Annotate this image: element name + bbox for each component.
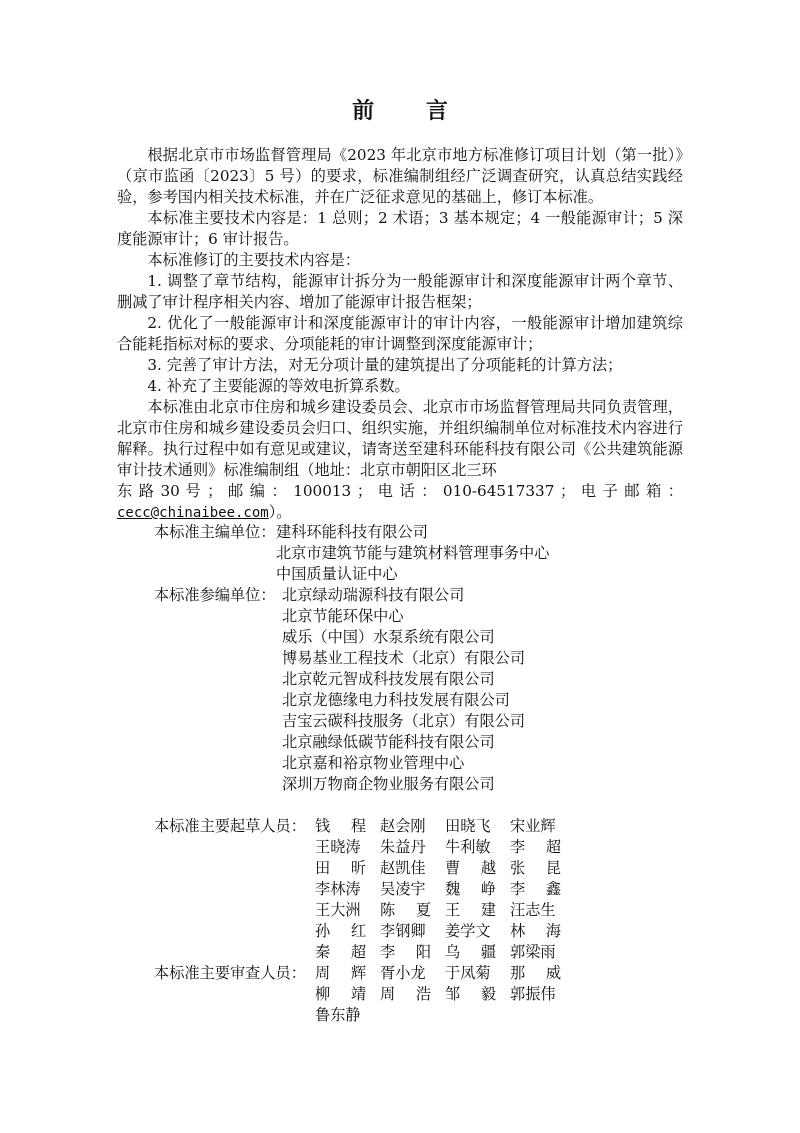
- person-name: 孙红: [315, 921, 380, 942]
- participating-units-label: 本标准参编单位：: [154, 585, 282, 606]
- revision-item-3: 3. 完善了审计方法，对无分项计量的建筑提出了分项能耗的计算方法；: [117, 355, 683, 376]
- drafters-row: 本标准主要起草人员：钱程赵会刚田晓飞宋业辉: [154, 816, 575, 837]
- reviewers-label: 本标准主要审查人员：: [154, 963, 315, 984]
- chief-units-section: 本标准主编单位： 建科环能科技有限公司 北京市建筑节能与建筑材料管理事务中心 中…: [154, 522, 549, 585]
- person-name: 曹越: [445, 858, 510, 879]
- participating-unit-row: 北京乾元智成科技发展有限公司: [154, 669, 525, 690]
- person-name: 姜学文: [445, 921, 510, 942]
- participating-unit: 北京嘉和裕京物业管理中心: [282, 753, 464, 774]
- participating-unit: 北京龙德缘电力科技发展有限公司: [282, 690, 510, 711]
- person-name: 李林涛: [315, 879, 380, 900]
- person-name: 林海: [510, 921, 575, 942]
- person-name: 吴凌宇: [380, 879, 445, 900]
- paragraph-basis: 根据北京市市场监督管理局《2023 年北京市地方标准修订项目计划（第一批）》（京…: [117, 145, 683, 208]
- person-name: 郭振伟: [510, 984, 575, 1005]
- participating-unit-row: 北京龙德缘电力科技发展有限公司: [154, 690, 525, 711]
- participating-unit-row: 北京节能环保中心: [154, 606, 525, 627]
- person-name: 王晓涛: [315, 837, 380, 858]
- person-name: 田昕: [315, 858, 380, 879]
- person-name: 邹毅: [445, 984, 510, 1005]
- person-name: 王建: [445, 900, 510, 921]
- person-name: 张昆: [510, 858, 575, 879]
- chief-unit-row: 本标准主编单位： 建科环能科技有限公司: [154, 522, 549, 543]
- person-name: 于凤菊: [445, 963, 510, 984]
- person-name: 李阳: [380, 942, 445, 963]
- revision-item-1: 1. 调整了章节结构，能源审计拆分为一般能源审计和深度能源审计两个章节、删减了审…: [117, 271, 683, 313]
- drafters-row: 田昕赵凯佳曹越张昆: [154, 858, 575, 879]
- chief-units-label: 本标准主编单位：: [154, 522, 276, 543]
- email-link[interactable]: cecc@chinaibee.com: [117, 505, 269, 521]
- person-name: 李鑫: [510, 879, 575, 900]
- participating-unit: 北京乾元智成科技发展有限公司: [282, 669, 495, 690]
- chief-unit: 中国质量认证中心: [276, 564, 398, 585]
- person-name: 乌疆: [445, 942, 510, 963]
- reviewers-row: 柳靖周浩邹毅郭振伟: [154, 984, 575, 1005]
- revision-item-2: 2. 优化了一般能源审计和深度能源审计的审计内容，一般能源审计增加建筑综合能耗指…: [117, 313, 683, 355]
- person-name: 宋业辉: [510, 816, 575, 837]
- chief-unit-row: 北京市建筑节能与建筑材料管理事务中心: [154, 543, 549, 564]
- document-page: 前 言 根据北京市市场监督管理局《2023 年北京市地方标准修订项目计划（第一批…: [0, 0, 800, 1133]
- chief-unit: 北京市建筑节能与建筑材料管理事务中心: [276, 543, 549, 564]
- closing-punct: ）。: [269, 503, 292, 521]
- paragraph-main-contents: 本标准主要技术内容是：1 总则；2 术语；3 基本规定；4 一般能源审计；5 深…: [117, 208, 683, 250]
- person-name: 周浩: [380, 984, 445, 1005]
- contact-address-line: 东 路 30 号 ； 邮 编 ： 100013 ； 电 话 ： 010-6451…: [117, 481, 683, 502]
- person-name: 魏峥: [445, 879, 510, 900]
- participating-unit: 吉宝云碳科技服务（北京）有限公司: [282, 711, 525, 732]
- person-name: 朱益丹: [380, 837, 445, 858]
- participating-unit-row: 威乐（中国）水泵系统有限公司: [154, 627, 525, 648]
- person-name: 赵会刚: [380, 816, 445, 837]
- page-title: 前 言: [0, 97, 800, 127]
- reviewers-row: 鲁东静: [154, 1005, 575, 1026]
- participating-unit: 北京节能环保中心: [282, 606, 404, 627]
- participating-unit: 威乐（中国）水泵系统有限公司: [282, 627, 495, 648]
- drafters-row: 王晓涛朱益丹牛利敏李超: [154, 837, 575, 858]
- person-name: 李钢卿: [380, 921, 445, 942]
- participating-unit-row: 北京融绿低碳节能科技有限公司: [154, 732, 525, 753]
- participating-unit: 博易基业工程技术（北京）有限公司: [282, 648, 525, 669]
- drafters-section: 本标准主要起草人员：钱程赵会刚田晓飞宋业辉王晓涛朱益丹牛利敏李超田昕赵凯佳曹越张…: [154, 816, 575, 963]
- participating-unit: 深圳万物商企物业服务有限公司: [282, 774, 495, 795]
- participating-units-section: 本标准参编单位： 北京绿动瑞源科技有限公司 北京节能环保中心 威乐（中国）水泵系…: [154, 585, 525, 795]
- person-name: 郭梁雨: [510, 942, 575, 963]
- participating-unit-row: 吉宝云碳科技服务（北京）有限公司: [154, 711, 525, 732]
- drafters-row: 秦超李阳乌疆郭梁雨: [154, 942, 575, 963]
- drafters-row: 李林涛吴凌宇魏峥李鑫: [154, 879, 575, 900]
- chief-unit-row: 中国质量认证中心: [154, 564, 549, 585]
- reviewers-section: 本标准主要审查人员：周辉胥小龙于凤菊那威柳靖周浩邹毅郭振伟鲁东静: [154, 963, 575, 1026]
- participating-unit-row: 本标准参编单位： 北京绿动瑞源科技有限公司: [154, 585, 525, 606]
- person-name: 柳靖: [315, 984, 380, 1005]
- person-name: 牛利敏: [445, 837, 510, 858]
- participating-unit: 北京融绿低碳节能科技有限公司: [282, 732, 495, 753]
- participating-unit-row: 博易基业工程技术（北京）有限公司: [154, 648, 525, 669]
- person-name: 钱程: [315, 816, 380, 837]
- person-name: 赵凯佳: [380, 858, 445, 879]
- person-name: 鲁东静: [315, 1005, 380, 1026]
- person-name: 秦超: [315, 942, 380, 963]
- contact-text: 本标准由北京市住房和城乡建设委员会、北京市市场监督管理局共同负责管理，北京市住房…: [117, 398, 683, 479]
- person-name: 王大洲: [315, 900, 380, 921]
- participating-unit: 北京绿动瑞源科技有限公司: [282, 585, 464, 606]
- contact-email-line: cecc@chinaibee.com）。: [117, 502, 683, 524]
- participating-unit-row: 北京嘉和裕京物业管理中心: [154, 753, 525, 774]
- person-name: 陈夏: [380, 900, 445, 921]
- drafters-row: 孙红李钢卿姜学文林海: [154, 921, 575, 942]
- person-name: 汪志生: [510, 900, 575, 921]
- paragraph-revision-intro: 本标准修订的主要技术内容是：: [117, 250, 683, 271]
- revision-item-4: 4. 补充了主要能源的等效电折算系数。: [117, 376, 683, 397]
- drafters-row: 王大洲陈夏王建汪志生: [154, 900, 575, 921]
- preface-body: 根据北京市市场监督管理局《2023 年北京市地方标准修订项目计划（第一批）》（京…: [117, 145, 683, 524]
- reviewers-row: 本标准主要审查人员：周辉胥小龙于凤菊那威: [154, 963, 575, 984]
- person-name: 那威: [510, 963, 575, 984]
- person-name: 田晓飞: [445, 816, 510, 837]
- person-name: 胥小龙: [380, 963, 445, 984]
- drafters-label: 本标准主要起草人员：: [154, 816, 315, 837]
- paragraph-contact: 本标准由北京市住房和城乡建设委员会、北京市市场监督管理局共同负责管理，北京市住房…: [117, 397, 683, 481]
- person-name: 周辉: [315, 963, 380, 984]
- participating-unit-row: 深圳万物商企物业服务有限公司: [154, 774, 525, 795]
- person-name: 李超: [510, 837, 575, 858]
- chief-unit: 建科环能科技有限公司: [276, 522, 428, 543]
